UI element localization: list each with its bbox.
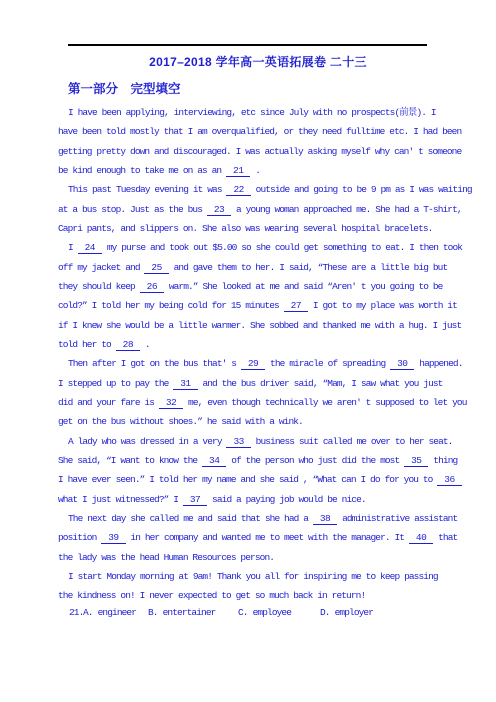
text-run: A lady who was dressed in a very [68,436,226,447]
cloze-blank-36: 36 [437,474,461,486]
text-line: the kindness on! I never expected to get… [58,586,462,605]
text-run: Then after I got on the bus that' s [68,358,241,369]
text-run: administrative assistant [337,513,457,524]
text-run: that [433,532,457,543]
text-line: off my jacket and 25 and gave them to he… [58,258,462,277]
text-line: The next day she called me and said that… [58,509,462,528]
cloze-blank-23: 23 [207,204,231,216]
text-run: what I just witnessed?” I [58,494,183,505]
text-run: happened. [414,358,462,369]
cloze-blank-21: 21 [226,165,250,177]
option-c-label: C. [238,607,248,618]
text-run: in her company and wanted me to meet wit… [126,532,409,543]
text-line: This past Tuesday evening it was 22 outs… [58,180,462,199]
text-run: She said, “I want to know the [58,455,202,466]
text-run: I have been applying, interviewing, etc … [68,107,436,118]
text-line: A lady who was dressed in a very 33 busi… [58,432,462,451]
cloze-blank-29: 29 [241,358,265,370]
text-run: Capri pants, and slippers on. She also w… [58,223,432,234]
cloze-blank-40: 40 [409,532,433,544]
text-run: I have ever seen.” I told her my name an… [58,474,437,485]
cloze-blank-37: 37 [183,494,207,506]
text-run: thing [428,455,457,466]
text-run: and the bus driver said, “Mam, I saw wha… [198,378,443,389]
text-run: . [140,339,150,350]
text-run: me, even though technically we aren' t s… [183,397,466,408]
option-c-text: employee [253,607,291,618]
cloze-blank-30: 30 [390,358,414,370]
text-line: I 24 my purse and took out $5.00 so she … [58,238,462,257]
text-run: business suit called me over to her seat… [251,436,453,447]
question-21-options-row: 21. A.engineer B.entertainer C.employee … [58,607,488,626]
cloze-blank-25: 25 [144,262,168,274]
text-line: I have ever seen.” I told her my name an… [58,470,462,489]
option-a: A.engineer [83,607,136,618]
text-run: if I knew she would be a little warmer. … [58,320,461,331]
text-run: they should keep [58,281,140,292]
text-line: what I just witnessed?” I 37 said a payi… [58,490,462,509]
text-run: The next day she called me and said that… [68,513,313,524]
horizontal-rule [68,44,427,46]
option-d-text: employer [335,607,373,618]
option-c: C.employee [238,607,291,618]
option-d-label: D. [320,607,330,618]
text-line: I stepped up to pay the 31 and the bus d… [58,374,462,393]
text-run: did and your fare is [58,397,159,408]
page-title: 2017–2018 学年高一英语拓展卷 二十三 [58,53,458,70]
cloze-blank-39: 39 [101,532,125,544]
text-run: I stepped up to pay the [58,378,173,389]
text-line: if I knew she would be a little warmer. … [58,316,462,335]
cloze-blank-27: 27 [284,300,308,312]
text-run: told her to [58,339,116,350]
text-run: at a bus stop. Just as the bus [58,204,207,215]
cloze-blank-33: 33 [226,436,250,448]
text-run: . [250,165,260,176]
text-run: I got to my place was worth it [308,300,457,311]
text-run: and gave them to her. I said, “These are… [169,262,447,273]
question-number: 21. [69,607,83,618]
text-run: position [58,532,101,543]
cloze-blank-31: 31 [173,378,197,390]
cloze-blank-28: 28 [116,339,140,351]
text-run: the kindness on! I never expected to get… [58,590,365,601]
text-line: Then after I got on the bus that' s 29 t… [58,354,462,373]
cloze-blank-22: 22 [226,184,250,196]
text-run: said a paying job would be nice. [207,494,365,505]
text-run: getting pretty down and discouraged. I w… [58,146,461,157]
option-b-label: B. [148,607,158,618]
section-heading: 第一部分 完型填空 [68,79,181,97]
cloze-passage: I have been applying, interviewing, etc … [58,103,462,606]
text-line: get on the bus without shoes.” he said w… [58,412,462,431]
text-line: Capri pants, and slippers on. She also w… [58,219,462,238]
text-run: have been told mostly that I am overqual… [58,126,461,137]
text-run: a young woman approached me. She had a T… [231,204,461,215]
text-run: get on the bus without shoes.” he said w… [58,416,303,427]
text-line: the lady was the head Human Resources pe… [58,548,462,567]
option-b-text: entertainer [163,607,216,618]
text-line: they should keep 26 warm.” She looked at… [58,277,462,296]
text-run: of the person who just did the most [226,455,404,466]
text-run: This past Tuesday evening it was [68,184,226,195]
text-run: warm.” She looked at me and said “Aren' … [164,281,442,292]
cloze-blank-35: 35 [404,455,428,467]
text-run: I start Monday morning at 9am! Thank you… [68,571,438,582]
text-run: the lady was the head Human Resources pe… [58,552,274,563]
cloze-blank-32: 32 [159,397,183,409]
cloze-blank-38: 38 [313,513,337,525]
text-line: I have been applying, interviewing, etc … [58,103,462,122]
text-run: my purse and took out $5.00 so she could… [102,242,462,253]
option-d: D.employer [320,607,373,618]
cloze-blank-34: 34 [202,455,226,467]
text-line: be kind enough to take me on as an 21 . [58,161,462,180]
text-run: cold?” I told her my being cold for 15 m… [58,300,284,311]
text-line: at a bus stop. Just as the bus 23 a youn… [58,200,462,219]
text-line: told her to 28 . [58,335,462,354]
exam-paper-page: 2017–2018 学年高一英语拓展卷 二十三 第一部分 完型填空 I have… [0,0,496,702]
text-line: cold?” I told her my being cold for 15 m… [58,296,462,315]
text-line: have been told mostly that I am overqual… [58,122,462,141]
text-line: She said, “I want to know the 34 of the … [58,451,462,470]
text-line: position 39 in her company and wanted me… [58,528,462,547]
text-run: the miracle of spreading [265,358,390,369]
cloze-blank-26: 26 [140,281,164,293]
cloze-blank-24: 24 [78,242,102,254]
text-run: I [68,242,78,253]
option-b: B.entertainer [148,607,215,618]
text-line: I start Monday morning at 9am! Thank you… [58,567,462,586]
text-run: outside and going to be 9 pm as I was wa… [251,184,472,195]
text-line: getting pretty down and discouraged. I w… [58,142,462,161]
text-run: off my jacket and [58,262,144,273]
option-a-label: A. [83,607,93,618]
text-line: did and your fare is 32 me, even though … [58,393,462,412]
option-a-text: engineer [98,607,136,618]
text-run: be kind enough to take me on as an [58,165,226,176]
